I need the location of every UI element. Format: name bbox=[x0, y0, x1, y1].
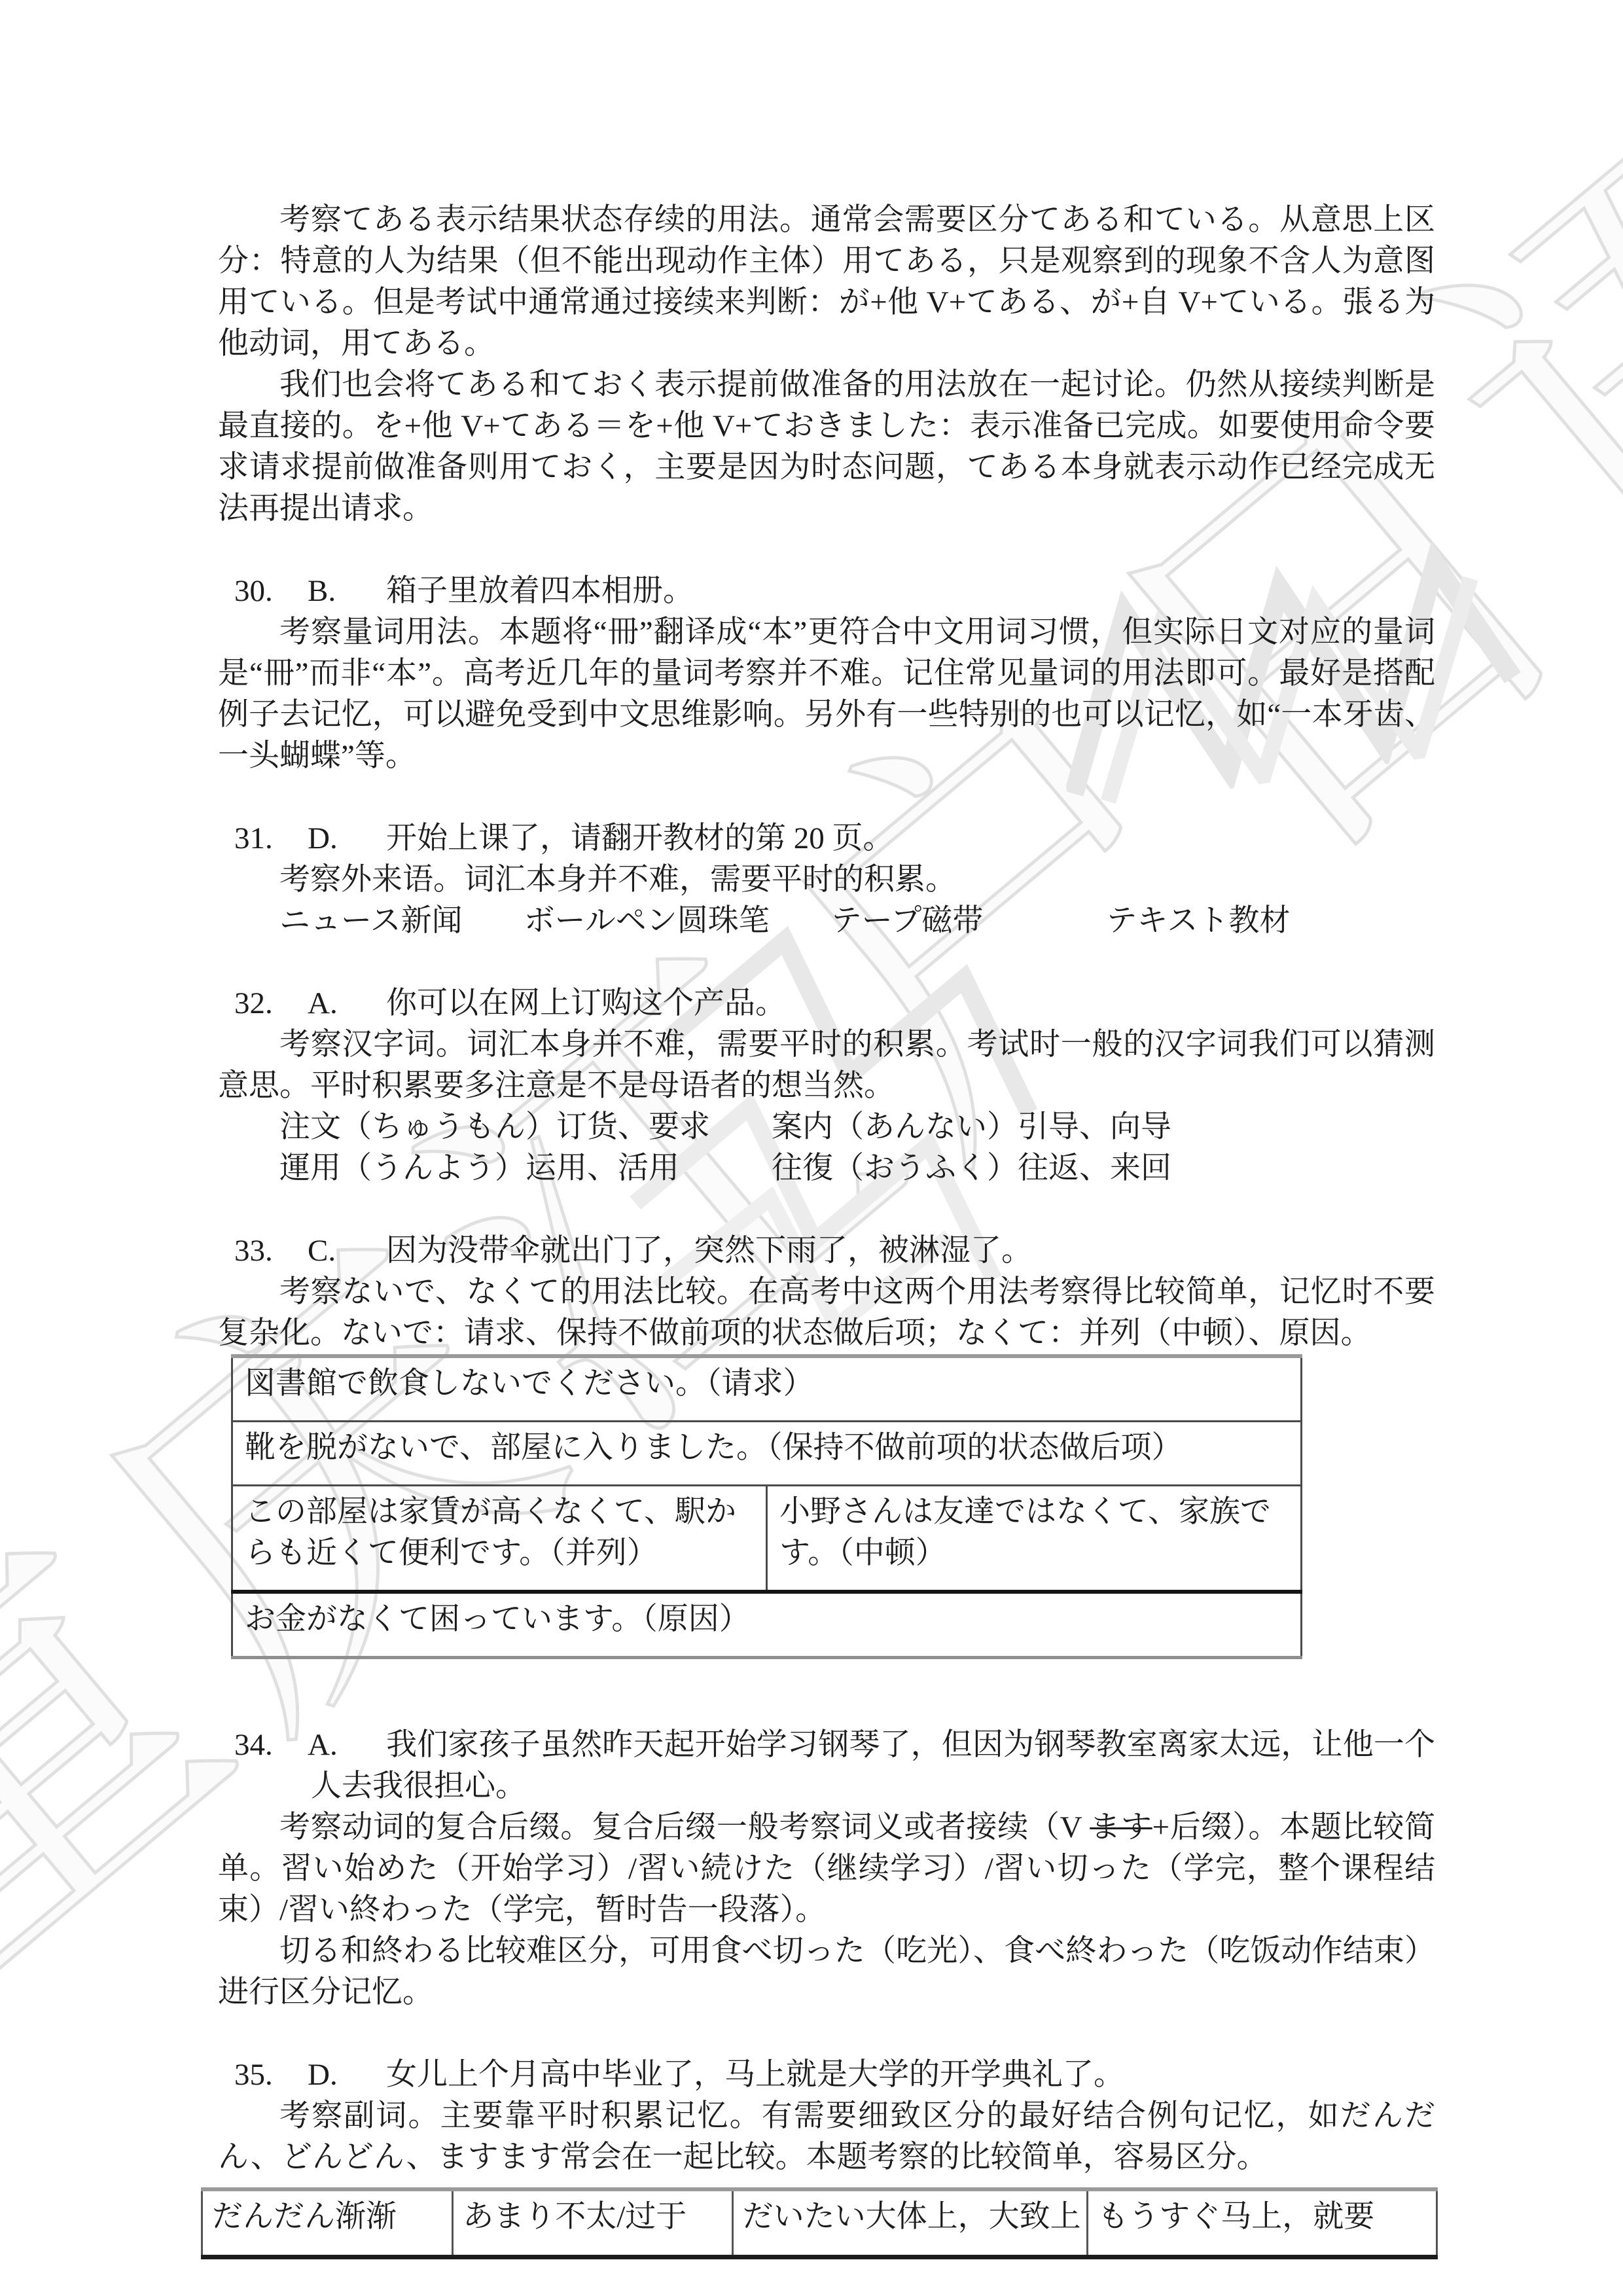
example-table-naide-nakute: 図書館で飲食しないでください。（请求） 靴を脱がないで、部屋に入りました。（保持… bbox=[231, 1354, 1302, 1659]
question-34-title: 34.A.我们家孩子虽然昨天起开始学习钢琴了，但因为钢琴教室离家太远，让他一个人… bbox=[218, 1725, 1435, 1807]
question-32-vocab-line-2: 運用（うんよう）运用、活用 往復（おうふく）往返、来回 bbox=[218, 1148, 1435, 1189]
spacer bbox=[218, 777, 1435, 818]
table-cell-mousugu: もうすぐ马上，就要 bbox=[1088, 2189, 1437, 2257]
question-35-number: 35. bbox=[234, 2054, 308, 2096]
question-30-sentence: 箱子里放着四本相册。 bbox=[386, 574, 694, 608]
intro-paragraph-1: 考察てある表示结果状态存续的用法。通常会需要区分てある和ている。从意思上区分：特… bbox=[218, 200, 1435, 365]
spacer bbox=[218, 1189, 1435, 1230]
question-33-explanation: 考察ないで、なくて的用法比较。在高考中这两个用法考察得比较简单，记忆时不要复杂化… bbox=[218, 1272, 1435, 1354]
question-35-title: 35.D.女儿上个月高中毕业了，马上就是大学的开学典礼了。 bbox=[218, 2054, 1435, 2096]
question-33-title: 33.C.因为没带伞就出门了，突然下雨了，被淋湿了。 bbox=[218, 1230, 1435, 1272]
table-cell-dandan: だんだん渐渐 bbox=[202, 2189, 453, 2257]
table-row: だんだん渐渐 あまり不太/过于 だいたい大体上，大致上 もうすぐ马上，就要 bbox=[202, 2189, 1437, 2257]
table-cell-request-example: 図書館で飲食しないでください。（请求） bbox=[232, 1356, 1302, 1422]
table-cell-pause-example: 小野さんは友達ではなくて、家族です。（中顿） bbox=[767, 1486, 1302, 1592]
spacer bbox=[218, 942, 1435, 983]
question-35-explanation: 考察副词。主要靠平时积累记忆。有需要细致区分的最好结合例句记忆，如だんだん、どん… bbox=[218, 2096, 1435, 2178]
question-34-answer: A. bbox=[308, 1725, 386, 1766]
spacer bbox=[218, 2013, 1435, 2054]
explanation-text-before-strike: 考察动词的复合后缀。复合后缀一般考察词义或者接续（V bbox=[279, 1810, 1090, 1844]
table-row: お金がなくて困っています。（原因） bbox=[232, 1592, 1302, 1658]
intro-paragraph-2: 我们也会将てある和ておく表示提前做准备的用法放在一起讨论。仍然从接续判断是最直接… bbox=[218, 365, 1435, 529]
question-35-sentence: 女儿上个月高中毕业了，马上就是大学的开学典礼了。 bbox=[386, 2058, 1124, 2092]
table-cell-reason-example: お金がなくて困っています。（原因） bbox=[232, 1592, 1302, 1658]
question-30-explanation: 考察量词用法。本题将“冊”翻译成“本”更符合中文用词习惯，但实际日文对应的量词是… bbox=[218, 612, 1435, 777]
question-32-title: 32.A.你可以在网上订购这个产品。 bbox=[218, 983, 1435, 1024]
question-33-answer: C. bbox=[308, 1230, 386, 1272]
question-34-explanation: 考察动词的复合后缀。复合后缀一般考察词义或者接续（V ます+后缀）。本题比较简单… bbox=[218, 1807, 1435, 1931]
question-33-sentence: 因为没带伞就出门了，突然下雨了，被淋湿了。 bbox=[386, 1234, 1032, 1268]
question-31-sentence: 开始上课了，请翻开教材的第 20 页。 bbox=[386, 821, 894, 855]
question-32-vocab-line-1: 注文（ちゅうもん）订货、要求 案内（あんない）引导、向导 bbox=[218, 1107, 1435, 1148]
question-34-number: 34. bbox=[234, 1725, 308, 1766]
table-cell-parallel-example: この部屋は家賃が高くなくて、駅からも近くて便利です。（并列） bbox=[232, 1486, 767, 1592]
question-30-answer: B. bbox=[308, 571, 386, 612]
question-31-title: 31.D.开始上课了，请翻开教材的第 20 页。 bbox=[218, 818, 1435, 859]
question-31-explanation: 考察外来语。词汇本身并不难，需要平时的积累。 bbox=[218, 859, 1435, 901]
question-34-explanation-2: 切る和終わる比较难区分，可用食べ切った（吃光）、食べ終わった（吃饭动作结束）进行… bbox=[218, 1931, 1435, 2013]
question-34-sentence: 我们家孩子虽然昨天起开始学习钢琴了，但因为钢琴教室离家太远，让他一个人去我很担心… bbox=[311, 1728, 1435, 1803]
question-32-number: 32. bbox=[234, 983, 308, 1024]
table-row: この部屋は家賃が高くなくて、駅からも近くて便利です。（并列） 小野さんは友達では… bbox=[232, 1486, 1302, 1592]
question-31-vocab-line: ニュース新闻 ボールペン圆珠笔 テープ磁带 テキスト教材 bbox=[218, 901, 1435, 942]
question-32-explanation: 考察汉字词。词汇本身并不难，需要平时的积累。考试时一般的汉字词我们可以猜测意思。… bbox=[218, 1024, 1435, 1107]
question-32-answer: A. bbox=[308, 983, 386, 1024]
page-content: 考察てある表示结果状态存续的用法。通常会需要区分てある和ている。从意思上区分：特… bbox=[218, 200, 1435, 2259]
strikethrough-text: ます bbox=[1090, 1810, 1152, 1844]
question-33-number: 33. bbox=[234, 1230, 308, 1272]
question-35-answer: D. bbox=[308, 2054, 386, 2096]
adverb-comparison-table: だんだん渐渐 あまり不太/过于 だいたい大体上，大致上 もうすぐ马上，就要 bbox=[201, 2187, 1438, 2259]
question-30-number: 30. bbox=[234, 571, 308, 612]
document-page: 重庆江户日语 考察てある表示结果状态存续的用法。通常会需要区分てある和ている。从… bbox=[0, 0, 1623, 2296]
table-row: 靴を脱がないで、部屋に入りました。（保持不做前项的状态做后项） bbox=[232, 1422, 1302, 1486]
question-30-title: 30.B.箱子里放着四本相册。 bbox=[218, 571, 1435, 612]
question-31-answer: D. bbox=[308, 818, 386, 859]
table-cell-daitai: だいたい大体上，大致上 bbox=[732, 2189, 1088, 2257]
table-cell-state-example: 靴を脱がないで、部屋に入りました。（保持不做前项的状态做后项） bbox=[232, 1422, 1302, 1486]
question-32-sentence: 你可以在网上订购这个产品。 bbox=[386, 986, 786, 1020]
table-cell-amari: あまり不太/过于 bbox=[453, 2189, 732, 2257]
spacer bbox=[218, 1659, 1435, 1725]
table-row: 図書館で飲食しないでください。（请求） bbox=[232, 1356, 1302, 1422]
spacer bbox=[218, 529, 1435, 571]
question-31-number: 31. bbox=[234, 818, 308, 859]
